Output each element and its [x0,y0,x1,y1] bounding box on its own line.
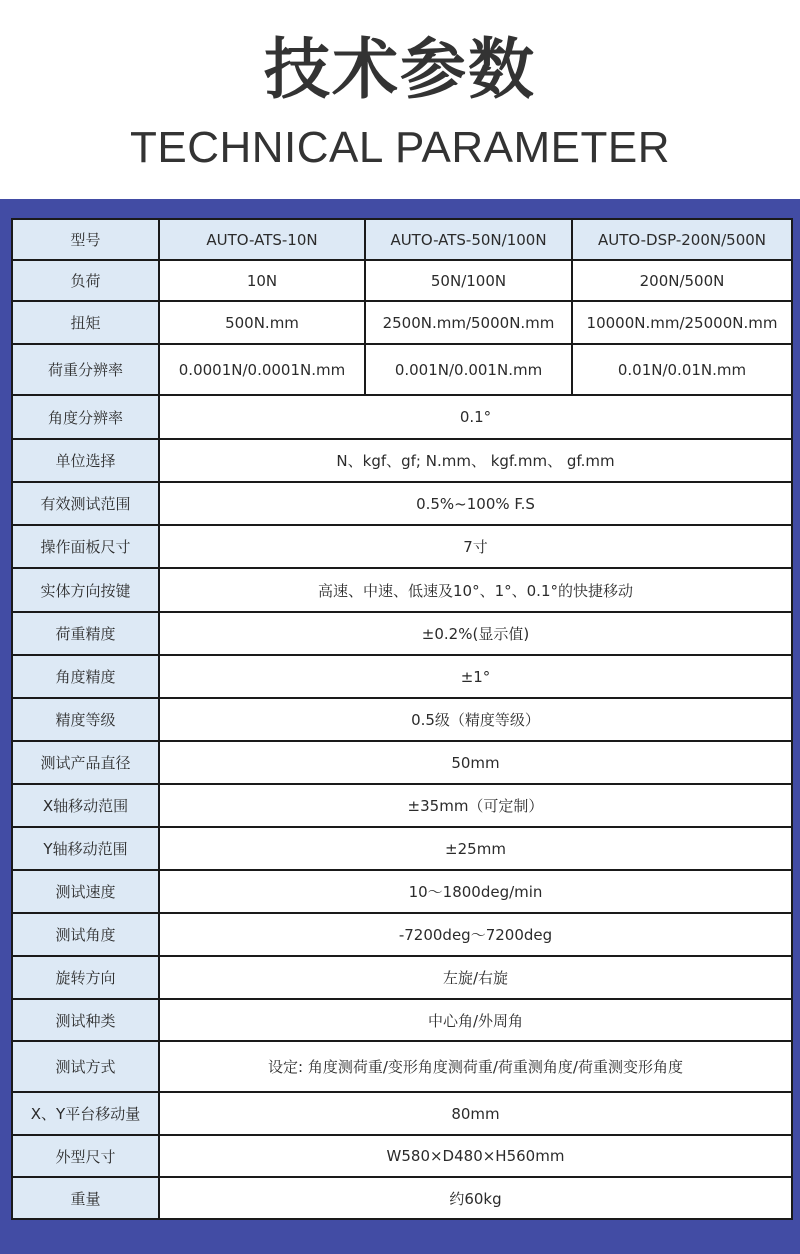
value-cell: 设定: 角度测荷重/变形角度测荷重/荷重测角度/荷重测变形角度 [159,1041,792,1092]
value-cell: 约60kg [159,1177,792,1219]
table-row: 重量约60kg [12,1177,792,1219]
value-cell: ±35mm（可定制） [159,784,792,827]
table-row-model: 型号 AUTO-ATS-10N AUTO-ATS-50N/100N AUTO-D… [12,219,792,260]
table-row: 操作面板尺寸7寸 [12,525,792,568]
value-cell: 10000N.mm/25000N.mm [572,301,792,344]
table-row: 测试产品直径50mm [12,741,792,784]
value-cell: 10N [159,260,365,301]
table-row: 测试角度-7200deg～7200deg [12,913,792,956]
row-label: 外型尺寸 [12,1135,159,1177]
row-label: X、Y平台移动量 [12,1092,159,1135]
value-cell: 0.5%~100% F.S [159,482,792,525]
row-label: 角度分辨率 [12,395,159,439]
value-cell: 50mm [159,741,792,784]
row-label: 负荷 [12,260,159,301]
model-cell: AUTO-ATS-50N/100N [365,219,572,260]
row-label: 测试速度 [12,870,159,913]
value-cell: 0.0001N/0.0001N.mm [159,344,365,395]
value-cell: ±25mm [159,827,792,870]
value-cell: 2500N.mm/5000N.mm [365,301,572,344]
page-subtitle: TECHNICAL PARAMETER [0,122,800,174]
row-label: 测试方式 [12,1041,159,1092]
value-cell: 中心角/外周角 [159,999,792,1041]
row-label: 重量 [12,1177,159,1219]
model-cell: AUTO-ATS-10N [159,219,365,260]
table-row: 负荷 10N 50N/100N 200N/500N [12,260,792,301]
value-cell: 0.001N/0.001N.mm [365,344,572,395]
value-cell: N、kgf、gf; N.mm、 kgf.mm、 gf.mm [159,439,792,482]
value-cell: 500N.mm [159,301,365,344]
table-row: 有效测试范围0.5%~100% F.S [12,482,792,525]
value-cell: 0.5级（精度等级） [159,698,792,741]
table-row: 单位选择N、kgf、gf; N.mm、 kgf.mm、 gf.mm [12,439,792,482]
value-cell: 0.01N/0.01N.mm [572,344,792,395]
value-cell: 80mm [159,1092,792,1135]
row-label: 单位选择 [12,439,159,482]
table-row: Y轴移动范围±25mm [12,827,792,870]
table-row: X、Y平台移动量80mm [12,1092,792,1135]
row-label: 荷重分辨率 [12,344,159,395]
row-label: 测试角度 [12,913,159,956]
table-row: 测试速度10～1800deg/min [12,870,792,913]
value-cell: 0.1° [159,395,792,439]
value-cell: ±1° [159,655,792,698]
row-label: 测试产品直径 [12,741,159,784]
value-cell: 高速、中速、低速及10°、1°、0.1°的快捷移动 [159,568,792,612]
value-cell: ±0.2%(显示值) [159,612,792,655]
table-row: 精度等级0.5级（精度等级） [12,698,792,741]
table-row: 角度精度±1° [12,655,792,698]
row-label: 旋转方向 [12,956,159,999]
row-label: 型号 [12,219,159,260]
row-label: 测试种类 [12,999,159,1041]
row-label: 操作面板尺寸 [12,525,159,568]
table-row: 扭矩 500N.mm 2500N.mm/5000N.mm 10000N.mm/2… [12,301,792,344]
value-cell: 50N/100N [365,260,572,301]
table-row: X轴移动范围±35mm（可定制） [12,784,792,827]
model-cell: AUTO-DSP-200N/500N [572,219,792,260]
table-row: 测试种类中心角/外周角 [12,999,792,1041]
table-row: 荷重精度±0.2%(显示值) [12,612,792,655]
row-label: 实体方向按键 [12,568,159,612]
row-label: 精度等级 [12,698,159,741]
row-label: 荷重精度 [12,612,159,655]
value-cell: 7寸 [159,525,792,568]
value-cell: 左旋/右旋 [159,956,792,999]
table-row: 角度分辨率0.1° [12,395,792,439]
row-label: 有效测试范围 [12,482,159,525]
value-cell: 10～1800deg/min [159,870,792,913]
row-label: 扭矩 [12,301,159,344]
table-row: 旋转方向左旋/右旋 [12,956,792,999]
page-header: 技术参数 TECHNICAL PARAMETER [0,0,800,199]
table-row: 实体方向按键高速、中速、低速及10°、1°、0.1°的快捷移动 [12,568,792,612]
row-label: 角度精度 [12,655,159,698]
row-label: X轴移动范围 [12,784,159,827]
table-row: 荷重分辨率 0.0001N/0.0001N.mm 0.001N/0.001N.m… [12,344,792,395]
table-row: 测试方式设定: 角度测荷重/变形角度测荷重/荷重测角度/荷重测变形角度 [12,1041,792,1092]
spec-table: 型号 AUTO-ATS-10N AUTO-ATS-50N/100N AUTO-D… [11,218,793,1220]
page-title: 技术参数 [0,30,800,110]
value-cell: W580×D480×H560mm [159,1135,792,1177]
table-row: 外型尺寸W580×D480×H560mm [12,1135,792,1177]
value-cell: -7200deg～7200deg [159,913,792,956]
row-label: Y轴移动范围 [12,827,159,870]
value-cell: 200N/500N [572,260,792,301]
